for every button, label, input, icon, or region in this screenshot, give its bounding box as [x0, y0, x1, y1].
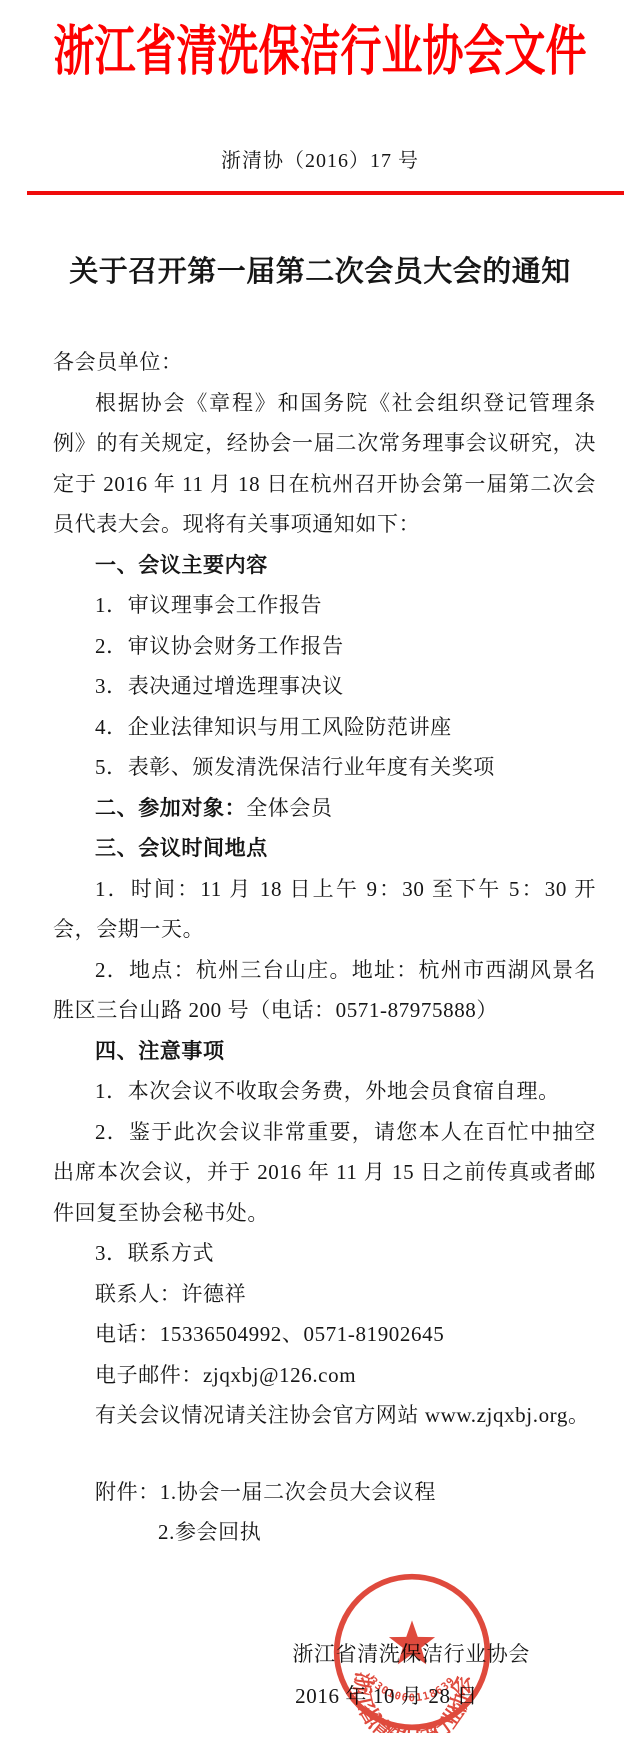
note-item: 1．本次会议不收取会务费，外地会员食宿自理。 — [53, 1071, 596, 1112]
meeting-place: 2．地点：杭州三台山庄。地址：杭州市西湖风景名胜区三台山路 200 号（电话：0… — [53, 950, 596, 1031]
contact-email: 电子邮件：zjqxbj@126.com — [53, 1355, 596, 1396]
section-heading-2-value: 全体会员 — [246, 796, 332, 820]
attachment-line-2: 2.参会回执 — [53, 1512, 596, 1553]
list-item: 2．审议协会财务工作报告 — [53, 626, 596, 667]
attachment-line-1: 附件：1.协会一届二次会员大会议程 — [53, 1472, 596, 1513]
section-heading-2: 二、参加对象：全体会员 — [53, 788, 596, 829]
note-item: 2．鉴于此次会议非常重要，请您本人在百忙中抽空出席本次会议，并于 2016 年 … — [53, 1112, 596, 1234]
list-item: 3．表决通过增选理事决议 — [53, 666, 596, 707]
meeting-time: 1．时间：11 月 18 日上午 9：30 至下午 5：30 开会，会期一天。 — [53, 869, 596, 950]
attachments-block: 附件：1.协会一届二次会员大会议程 2.参会回执 — [53, 1472, 596, 1553]
signature-date: 2016 年 10 月 28 日 — [0, 1675, 640, 1717]
red-rule-divider — [27, 191, 624, 195]
section-heading-1: 一、会议主要内容 — [53, 545, 596, 586]
letterhead: 浙江省清洗保洁行业协会文件 — [0, 14, 640, 78]
notice-body: 各会员单位： 根据协会《章程》和国务院《社会组织登记管理条例》的有关规定，经协会… — [53, 342, 596, 1436]
website-note: 有关会议情况请关注协会官方网站 www.zjqxbj.org。 — [53, 1395, 596, 1436]
notice-title: 关于召开第一届第二次会员大会的通知 — [0, 251, 640, 293]
contact-person: 联系人：许德祥 — [53, 1274, 596, 1315]
list-item: 4．企业法律知识与用工风险防范讲座 — [53, 707, 596, 748]
section-heading-2-label: 二、参加对象： — [95, 796, 246, 820]
section-heading-3: 三、会议时间地点 — [53, 828, 596, 869]
intro-paragraph: 根据协会《章程》和国务院《社会组织登记管理条例》的有关规定，经协会一届二次常务理… — [53, 383, 596, 545]
list-item: 5．表彰、颁发清洗保洁行业年度有关奖项 — [53, 747, 596, 788]
section-heading-4: 四、注意事项 — [53, 1031, 596, 1072]
note-item: 3．联系方式 — [53, 1233, 596, 1274]
contact-phone: 电话：15336504992、0571-81902645 — [53, 1314, 596, 1355]
doc-number: 浙清协（2016）17 号 — [0, 148, 640, 174]
signature-organization: 浙江省清洗保洁行业协会 — [0, 1633, 640, 1675]
document-page: 浙江省清洗保洁行业协会文件 浙清协（2016）17 号 关于召开第一届第二次会员… — [0, 0, 640, 1746]
letterhead-title: 浙江省清洗保洁行业协会文件 — [54, 7, 587, 85]
list-item: 1．审议理事会工作报告 — [53, 585, 596, 626]
salutation: 各会员单位： — [53, 342, 596, 383]
